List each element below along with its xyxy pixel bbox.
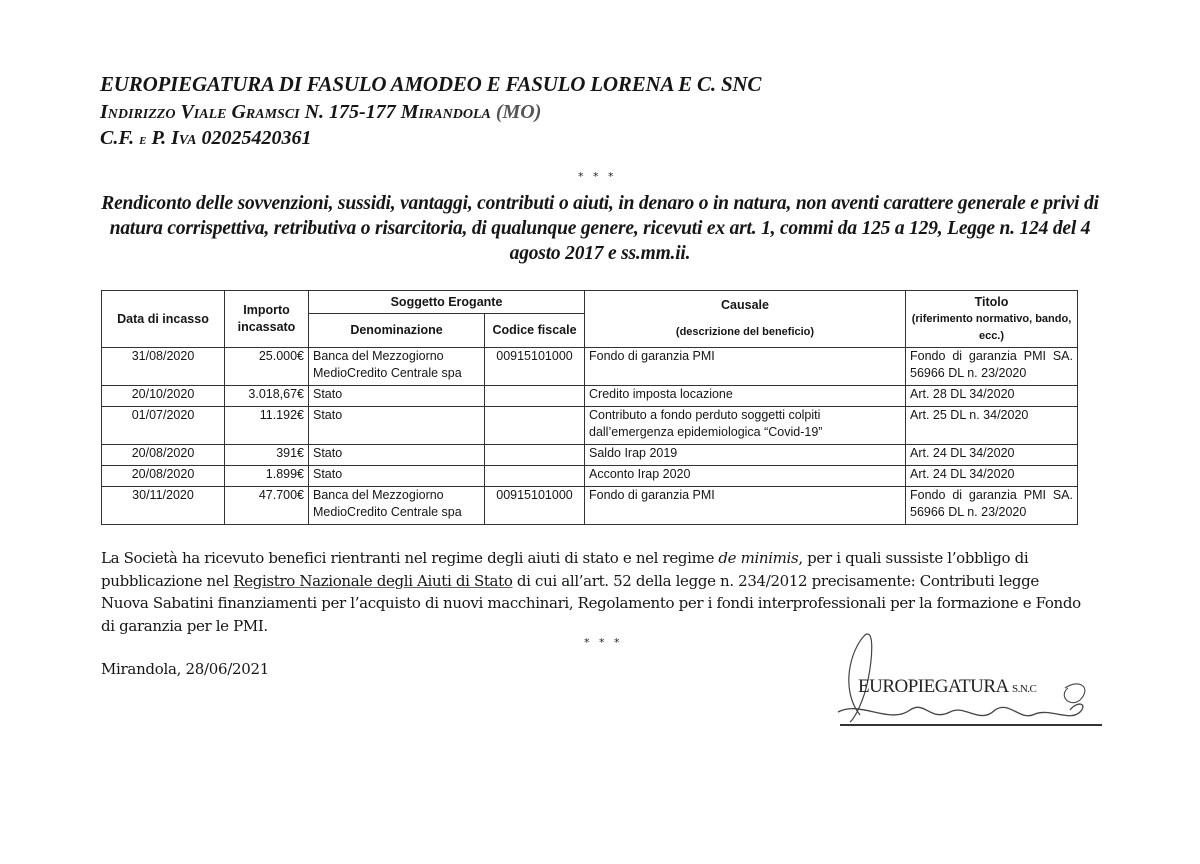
cell-data: 01/07/2020: [102, 407, 225, 445]
cell-codice: 00915101000: [485, 487, 585, 525]
header-causale-sub: (descrizione del beneficio): [589, 324, 901, 341]
header-importo: Importo incassato: [225, 291, 309, 348]
header-titolo-title: Titolo: [975, 295, 1009, 309]
cell-causale: Acconto Irap 2020: [585, 466, 906, 487]
header-titolo: Titolo (riferimento normativo, bando, ec…: [906, 291, 1078, 348]
signature-line: [840, 724, 1102, 726]
registry-link[interactable]: Registro Nazionale degli Aiuti di Stato: [233, 572, 512, 590]
cell-denominazione: Banca del Mezzogiorno MedioCredito Centr…: [309, 487, 485, 525]
document-page: EUROPIEGATURA DI FASULO AMODEO E FASULO …: [0, 0, 1200, 864]
header-titolo-sub: (riferimento normativo, bando, ecc.): [910, 311, 1073, 345]
address-province: (MO): [496, 101, 542, 123]
company-vat: C.F. e P. Iva 02025420361: [100, 127, 312, 150]
address-number: N. 175-177: [305, 101, 396, 123]
cell-titolo: Fondo di garanzia PMI SA. 56966 DL n. 23…: [906, 348, 1078, 386]
cell-codice: [485, 466, 585, 487]
company-stamp: EUROPIEGATURA S.N.C: [858, 676, 1036, 698]
piva-label: P. Iva: [151, 127, 196, 149]
piva-value: 02025420361: [202, 127, 312, 149]
cell-importo: 25.000€: [225, 348, 309, 386]
document-title: Rendiconto delle sovvenzioni, sussidi, v…: [90, 191, 1110, 266]
cell-titolo: Art. 28 DL 34/2020: [906, 386, 1078, 407]
address-city: Mirandola: [401, 101, 491, 123]
cell-causale: Saldo Irap 2019: [585, 445, 906, 466]
header-codice: Codice fiscale: [485, 314, 585, 348]
company-address: Indirizzo Viale Gramsci N. 175-177 Miran…: [100, 101, 541, 124]
cf-and: e: [139, 132, 146, 148]
cell-titolo: Art. 24 DL 34/2020: [906, 466, 1078, 487]
header-causale: Causale (descrizione del beneficio): [585, 291, 906, 348]
header-soggetto: Soggetto Erogante: [309, 291, 585, 314]
cell-importo: 47.700€: [225, 487, 309, 525]
note-text-1: La Società ha ricevuto benefici rientran…: [101, 549, 718, 567]
cell-causale: Credito imposta locazione: [585, 386, 906, 407]
cell-importo: 3.018,67€: [225, 386, 309, 407]
cell-importo: 11.192€: [225, 407, 309, 445]
table-row: 20/08/2020391€StatoSaldo Irap 2019Art. 2…: [102, 445, 1078, 466]
header-data: Data di incasso: [102, 291, 225, 348]
cell-causale: Fondo di garanzia PMI: [585, 348, 906, 386]
cell-denominazione: Stato: [309, 445, 485, 466]
table-row: 20/08/20201.899€StatoAcconto Irap 2020Ar…: [102, 466, 1078, 487]
place-date: Mirandola, 28/06/2021: [101, 660, 269, 678]
cell-data: 20/08/2020: [102, 466, 225, 487]
cell-data: 20/08/2020: [102, 445, 225, 466]
stamp-name: EUROPIEGATURA: [858, 676, 1008, 697]
separator-bottom: * * *: [584, 636, 623, 649]
benefits-table: Data di incasso Importo incassato Sogget…: [101, 290, 1078, 525]
cell-codice: [485, 407, 585, 445]
cell-denominazione: Stato: [309, 407, 485, 445]
cell-importo: 391€: [225, 445, 309, 466]
table-row: 01/07/202011.192€StatoContributo a fondo…: [102, 407, 1078, 445]
cell-codice: [485, 445, 585, 466]
cell-data: 31/08/2020: [102, 348, 225, 386]
cell-denominazione: Banca del Mezzogiorno MedioCredito Centr…: [309, 348, 485, 386]
table-row: 31/08/202025.000€Banca del Mezzogiorno M…: [102, 348, 1078, 386]
stamp-suffix: S.N.C: [1012, 683, 1036, 695]
cell-denominazione: Stato: [309, 386, 485, 407]
header-denominazione: Denominazione: [309, 314, 485, 348]
cell-codice: [485, 386, 585, 407]
company-name: EUROPIEGATURA DI FASULO AMODEO E FASULO …: [100, 72, 761, 97]
cell-titolo: Fondo di garanzia PMI SA. 56966 DL n. 23…: [906, 487, 1078, 525]
cf-label: C.F.: [100, 127, 134, 149]
cell-titolo: Art. 24 DL 34/2020: [906, 445, 1078, 466]
cell-causale: Fondo di garanzia PMI: [585, 487, 906, 525]
cell-data: 30/11/2020: [102, 487, 225, 525]
separator-top: * * *: [578, 170, 617, 183]
cell-data: 20/10/2020: [102, 386, 225, 407]
cell-importo: 1.899€: [225, 466, 309, 487]
note-italic: de minimis: [718, 549, 798, 567]
table-row: 20/10/20203.018,67€StatoCredito imposta …: [102, 386, 1078, 407]
cell-codice: 00915101000: [485, 348, 585, 386]
note-paragraph: La Società ha ricevuto benefici rientran…: [101, 547, 1081, 637]
table-row: 30/11/202047.700€Banca del Mezzogiorno M…: [102, 487, 1078, 525]
cell-titolo: Art. 25 DL n. 34/2020: [906, 407, 1078, 445]
cell-causale: Contributo a fondo perduto soggetti colp…: [585, 407, 906, 445]
cell-denominazione: Stato: [309, 466, 485, 487]
header-causale-title: Causale: [721, 298, 769, 312]
address-label: Indirizzo Viale Gramsci: [100, 101, 300, 123]
